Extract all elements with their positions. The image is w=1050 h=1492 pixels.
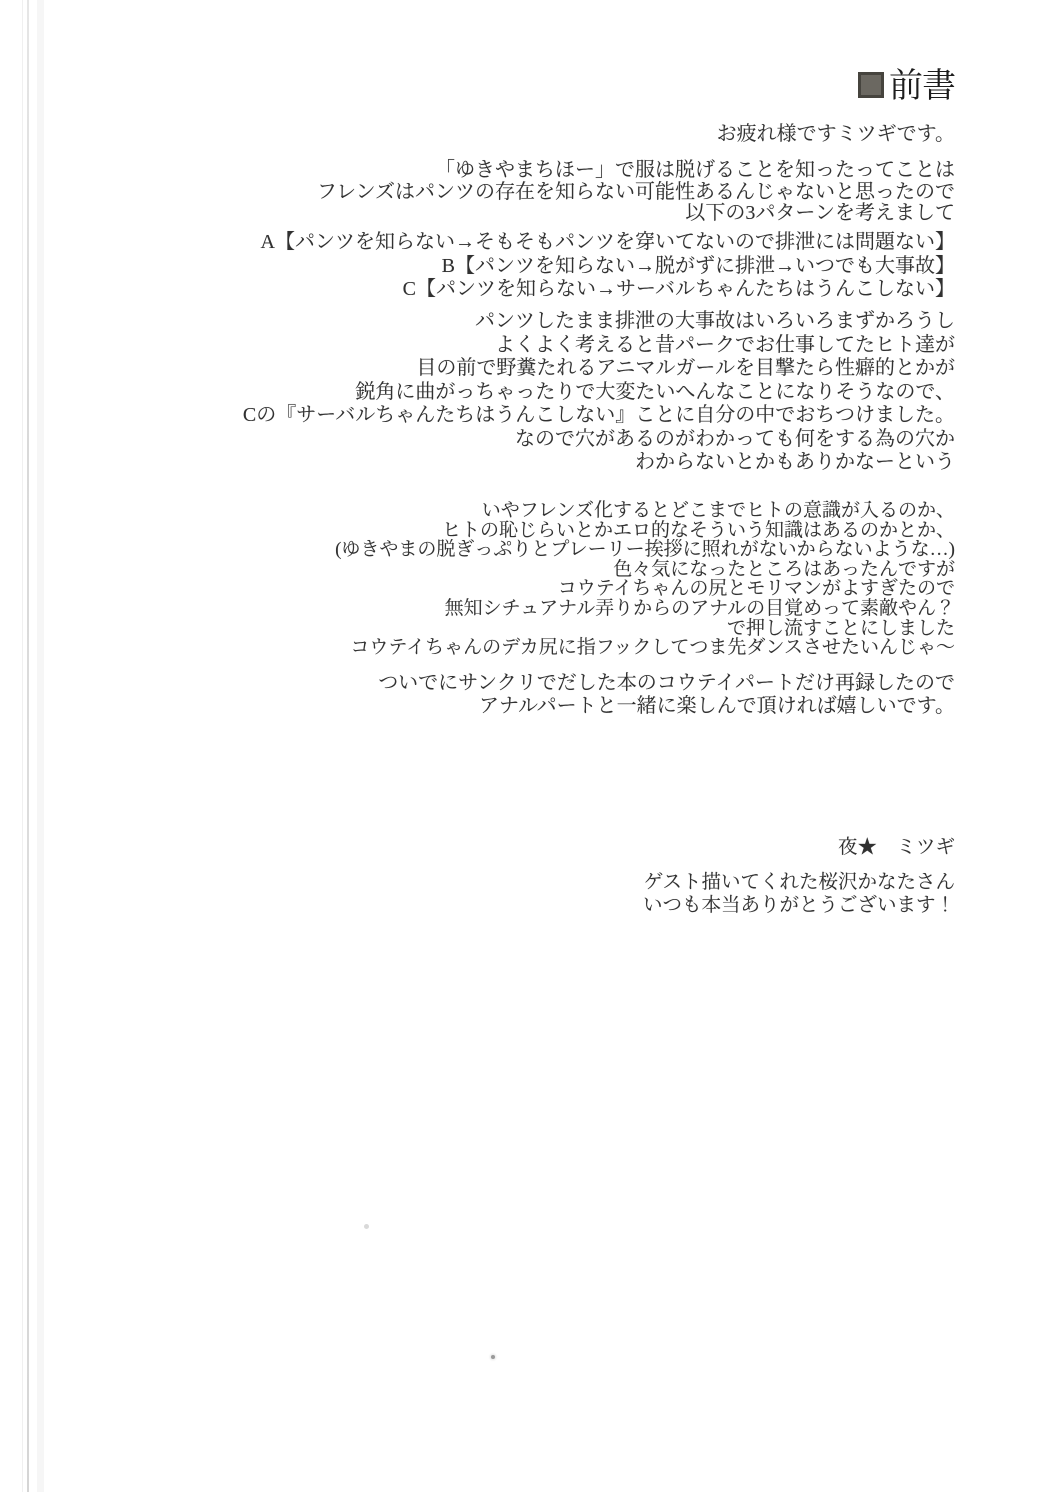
author-signature: 夜★ ミツギ	[40, 836, 955, 860]
square-bullet-icon	[858, 72, 884, 98]
text-line: 色々気になったところはあったんですが	[40, 560, 955, 580]
text-line: アナルパートと一緒に楽しんで頂ければ嬉しいです。	[40, 695, 955, 718]
text-line: 「ゆきやまちほー」で服は脱げることを知ったってことは	[40, 160, 955, 182]
text-line: で押し流すことにしました	[40, 619, 955, 639]
text-line: 以下の3パターンを考えまして	[40, 203, 955, 225]
musings-paragraph: いやフレンズ化するとどこまでヒトの意識が入るのか、 ヒトの恥じらいとかエロ的なそ…	[40, 501, 955, 658]
text-line: ゲスト描いてくれた桜沢かなたさん	[40, 872, 955, 895]
dust-speck	[364, 1224, 369, 1229]
scan-edge-line	[27, 0, 29, 1492]
text-line: ついでにサンクリでだした本のコウテイパートだけ再録したので	[40, 672, 955, 695]
reprint-note-paragraph: ついでにサンクリでだした本のコウテイパートだけ再録したので アナルパートと一緒に…	[40, 672, 955, 718]
text-line: 鋭角に曲がっちゃったりで大変たいへんなことになりそうなので、	[40, 381, 955, 405]
scanned-preface-page: 前書 お疲れ様ですミツギです。 「ゆきやまちほー」で服は脱げることを知ったってこ…	[0, 0, 1050, 1492]
signature-line: 夜★ ミツギ	[40, 836, 955, 860]
text-line: なので穴があるのがわかっても何をする為の穴か	[40, 428, 955, 451]
preface-header: 前書	[858, 58, 955, 107]
pattern-list-paragraph: A【パンツを知らない→そもそもパンツを穿いてないので排泄には問題ない】 B【パン…	[40, 231, 955, 302]
text-line: 無知シチュアナル弄りからのアナルの目覚めって素敵やん？	[40, 599, 955, 619]
text-line: コウテイちゃんのデカ尻に指フックしてつま先ダンスさせたいんじゃ〜	[40, 638, 955, 658]
text-line: お疲れ様ですミツギです。	[40, 123, 955, 146]
text-line: よくよく考えると昔パークでお仕事してたヒト達が	[40, 334, 955, 358]
premise-paragraph: 「ゆきやまちほー」で服は脱げることを知ったってことは フレンズはパンツの存在を知…	[40, 160, 955, 225]
text-line: A【パンツを知らない→そもそもパンツを穿いてないので排泄には問題ない】	[40, 231, 955, 255]
reasoning-paragraph: パンツしたまま排泄の大事故はいろいろまずかろうし よくよく考えると昔パークでお仕…	[40, 310, 955, 428]
text-line: わからないとかもありかなーという	[40, 451, 955, 474]
text-line: フレンズはパンツの存在を知らない可能性あるんじゃないと思ったので	[40, 182, 955, 204]
text-line: 目の前で野糞たれるアニマルガールを目撃たら性癖的とかが	[40, 357, 955, 381]
text-line: コウテイちゃんの尻とモリマンがよすぎたので	[40, 579, 955, 599]
text-line: B【パンツを知らない→脱がずに排泄→いつでも大事故】	[40, 255, 955, 279]
scan-edge-line-faint	[22, 0, 23, 1492]
dust-speck	[491, 1355, 495, 1359]
text-line: パンツしたまま排泄の大事故はいろいろまずかろうし	[40, 310, 955, 334]
page-title: 前書	[889, 68, 955, 105]
greeting-paragraph: お疲れ様ですミツギです。	[40, 123, 955, 146]
text-line: C【パンツを知らない→サーバルちゃんたちはうんこしない】	[40, 278, 955, 302]
conclusion-paragraph: なので穴があるのがわかっても何をする為の穴か わからないとかもありかなーという	[40, 428, 955, 474]
text-line: ヒトの恥じらいとかエロ的なそういう知識はあるのかとか、	[40, 521, 955, 541]
text-line: Cの『サーバルちゃんたちはうんこしない』ことに自分の中でおちつけました。	[40, 404, 955, 428]
guest-thanks-note: ゲスト描いてくれた桜沢かなたさん いつも本当ありがとうございます！	[40, 872, 955, 917]
text-line: (ゆきやまの脱ぎっぷりとプレーリー挨拶に照れがないからないような…)	[40, 540, 955, 560]
text-line: いつも本当ありがとうございます！	[40, 895, 955, 918]
text-line: いやフレンズ化するとどこまでヒトの意識が入るのか、	[40, 501, 955, 521]
